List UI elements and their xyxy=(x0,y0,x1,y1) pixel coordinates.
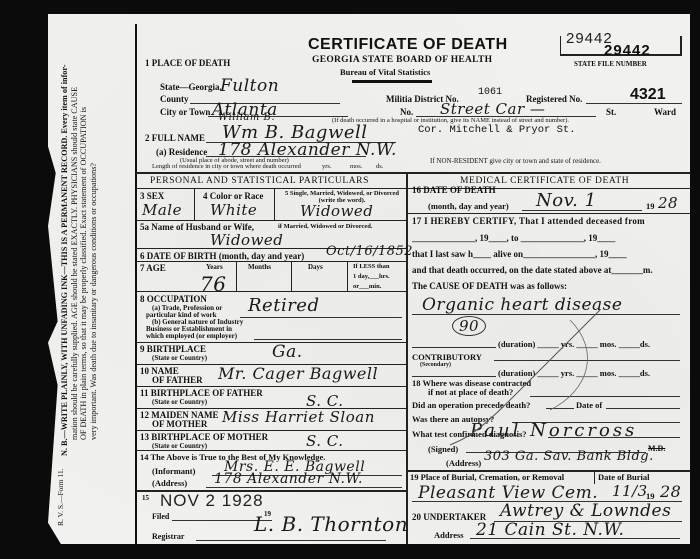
father-value: Mr. Cager Bagwell xyxy=(218,364,378,383)
length-ds: ds. xyxy=(376,163,383,170)
one-day: 1 day,___hrs. xyxy=(353,273,390,280)
informant-address-value: 178 Alexander N.W. xyxy=(214,471,363,487)
occupation-line xyxy=(240,317,402,318)
occ-b3-label: which employed (or employer) xyxy=(146,332,237,340)
mother-value: Miss Harriet Sloan xyxy=(222,408,375,426)
row-divider-5 xyxy=(136,220,406,221)
registrar-label: Registrar xyxy=(152,532,184,541)
marital-value: Widowed xyxy=(300,202,373,220)
title-underline xyxy=(352,80,432,83)
sex-divider xyxy=(194,188,195,220)
birthplace-value: Ga. xyxy=(272,342,303,362)
page-subtitle: GEORGIA STATE BOARD OF HEALTH xyxy=(312,55,492,65)
days-divider xyxy=(347,261,348,291)
ward-label: Ward xyxy=(654,107,676,117)
age-label: 7 AGE xyxy=(140,263,166,273)
dob-label: 6 DATE OF BIRTH (month, day and year) xyxy=(140,251,304,261)
color-label: 4 Color or Race xyxy=(203,191,263,201)
spouse-value: Widowed xyxy=(210,231,283,249)
st-label: St. xyxy=(606,107,616,117)
nonresident-note: If NON-RESIDENT give city or town and st… xyxy=(430,157,601,165)
county-value: Fulton xyxy=(220,76,279,96)
sex-value: Male xyxy=(142,201,182,219)
page-title: CERTIFICATE OF DEATH xyxy=(308,36,508,54)
dod-year: 28 xyxy=(658,194,678,212)
length-yrs: yrs. xyxy=(322,163,332,170)
margin-line-4: very important. Was death due to insanit… xyxy=(89,26,99,456)
burial-label: 19 Place of Burial, Cremation, or Remova… xyxy=(410,472,564,482)
burial-value: Pleasant View Cem. xyxy=(418,483,598,503)
burial-divider xyxy=(594,470,595,484)
occurred-line: and that death occurred, on the date sta… xyxy=(412,265,653,275)
physician-address-label: (Address) xyxy=(446,458,481,468)
father-birth-label: 11 BIRTHPLACE OF FATHER xyxy=(140,388,263,398)
undertaker-address-label: Address xyxy=(434,530,464,540)
dod-year-prefix: 19 xyxy=(646,201,655,211)
column-divider xyxy=(406,172,408,544)
less-than: If LESS than xyxy=(353,263,390,270)
file-number-label: STATE FILE NUMBER xyxy=(574,60,647,68)
state-label: State—Georgia. xyxy=(160,82,222,92)
city-label: City or Town xyxy=(160,107,210,117)
form-number: R. V. S.—Form 11. xyxy=(56,468,66,526)
margin-line-1: N. B.—WRITE PLAINLY, WITH UNFADING INK—T… xyxy=(60,26,70,456)
burial-date-label: Date of Burial xyxy=(598,472,649,482)
from-to-line: ______________, 19____, to _____________… xyxy=(412,233,615,243)
residence-label: (a) Residence xyxy=(156,147,207,157)
certify-text: 17 I HEREBY CERTIFY, That I attended dec… xyxy=(412,216,645,226)
place-of-death-label: 1 PLACE OF DEATH xyxy=(145,58,230,68)
occupation-label: 8 OCCUPATION xyxy=(140,294,207,304)
father-label-2: OF FATHER xyxy=(152,375,203,385)
row-divider-7 xyxy=(136,261,406,262)
undertaker-address-value: 21 Cain St. N.W. xyxy=(476,520,624,540)
mother-birth-value: S. C. xyxy=(306,432,344,450)
cause-label: The CAUSE OF DEATH was as follows: xyxy=(412,281,567,291)
margin-line-3: OF DEATH in plain terms, so that it may … xyxy=(79,26,89,456)
informant-label: (Informant) xyxy=(152,466,195,476)
location-typed: Cor. Mitchell & Pryor St. xyxy=(418,124,576,136)
color-value: White xyxy=(210,201,257,219)
full-name-label: 2 FULL NAME xyxy=(145,133,205,143)
date-of-line xyxy=(606,408,680,409)
sex-label: 3 SEX xyxy=(140,191,164,201)
undertaker-address-line xyxy=(470,538,680,539)
burial-date-value: 11/3 xyxy=(612,482,648,500)
margin-line-2: mation should be carefully supplied. AGE… xyxy=(70,26,80,456)
industry-line xyxy=(254,339,402,340)
bureau-name: Bureau of Vital Statistics xyxy=(340,67,430,77)
mother-birth-label: 13 BIRTHPLACE OF MOTHER xyxy=(140,432,268,442)
length-residence-note: Length of residence in city or town wher… xyxy=(152,163,301,170)
years-value: 76 xyxy=(200,272,226,296)
physician-address-value: 303 Ga. Sav. Bank Bldg. xyxy=(484,449,654,464)
burial-year: 28 xyxy=(660,482,681,501)
row-divider-9 xyxy=(136,342,406,343)
row-divider-17 xyxy=(406,213,690,214)
filed-stamp: NOV 2 1928 xyxy=(160,491,264,511)
months-divider xyxy=(291,261,292,291)
spouse-note: if Married, Widowed or Divorced. xyxy=(278,223,372,230)
burial-year-prefix: 19 xyxy=(646,491,655,501)
row-divider-8 xyxy=(136,291,406,292)
dod-line xyxy=(522,210,642,211)
last-saw-line: that I last saw h____ alive on__________… xyxy=(412,249,627,259)
personal-header: PERSONAL AND STATISTICAL PARTICULARS xyxy=(150,176,369,186)
row-divider-13 xyxy=(136,430,406,431)
registrar-signature: L. B. Thornton xyxy=(254,512,408,536)
years-label: Years xyxy=(206,263,223,271)
section-divider xyxy=(136,172,690,174)
row-divider-14 xyxy=(136,450,406,451)
length-mos: mos. xyxy=(350,163,362,170)
days-label: Days xyxy=(308,263,323,271)
hospital-note: (If death occurred in a hospital or inst… xyxy=(332,117,569,124)
registered-value: 4321 xyxy=(630,86,666,104)
dod-value: Nov. 1 xyxy=(536,190,597,211)
margin-instructions: R. V. S.—Form 11. N. B.—WRITE PLAINLY, W… xyxy=(52,26,130,536)
registrar-line xyxy=(196,540,386,541)
color-divider xyxy=(274,188,275,220)
occupation-value: Retired xyxy=(248,295,319,316)
filed-number: 15 xyxy=(142,494,149,502)
dod-sub: (month, day and year) xyxy=(428,201,509,211)
militia-value: 1061 xyxy=(478,87,502,98)
informant-address-line xyxy=(206,487,402,488)
months-label: Months xyxy=(248,263,271,271)
or-min: or___min. xyxy=(353,283,381,290)
birthplace-label: 9 BIRTHPLACE xyxy=(140,344,206,354)
file-number-typed: 29442 xyxy=(604,42,651,59)
registered-line xyxy=(586,103,682,104)
dod-label: 16 DATE OF DEATH xyxy=(412,185,496,195)
undertaker-value: Awtrey & Lowndes xyxy=(500,501,671,521)
mother-label-2: OF MOTHER xyxy=(152,419,207,429)
filed-label: Filed xyxy=(152,512,169,521)
years-divider xyxy=(236,261,237,291)
birthplace-sub: (State or Country) xyxy=(152,354,207,362)
father-birth-sub: (State or Country) xyxy=(152,398,207,406)
street-no-label: No. xyxy=(400,107,413,117)
row-divider-11 xyxy=(136,386,406,387)
pen-stroke-mark xyxy=(440,300,610,450)
county-label: County xyxy=(160,94,189,104)
informant-address-label: (Address) xyxy=(152,478,187,488)
mother-birth-sub: (State or Country) xyxy=(152,442,207,450)
dob-value: Oct/16/1852 xyxy=(326,244,413,259)
